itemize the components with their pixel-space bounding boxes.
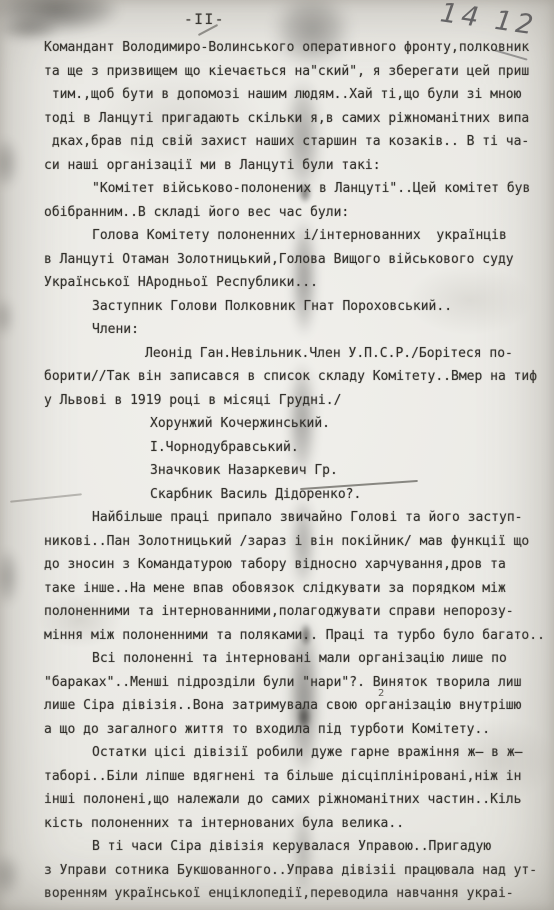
text-line: Голова Комітету полоненних і/інтернованн… bbox=[0, 224, 554, 248]
text-line: Заступник Голови Полковник Гнат Пороховс… bbox=[0, 295, 554, 319]
text-line: Члени: bbox=[0, 318, 554, 342]
text-line: "Комітет військово-полонених в Ланцуті".… bbox=[0, 177, 554, 201]
text-line: та ще з призвищем що кіечається на"ский"… bbox=[0, 60, 554, 84]
text-line: Української НАродньої Республики... bbox=[0, 271, 554, 295]
text-line: таке інше..На мене впав обовязок слідкув… bbox=[0, 577, 554, 601]
text-line: воренням української енціклопедії,перево… bbox=[0, 882, 554, 906]
scanned-document-page: 14 12 -II- 2 Командант Володимиро-Волинс… bbox=[0, 0, 554, 910]
text-line: борити//Так він записався в список склад… bbox=[0, 365, 554, 389]
text-line: міння між полоненними та поляками.. Прац… bbox=[0, 624, 554, 648]
text-line: си наші організації ми в Ланцуті були та… bbox=[0, 154, 554, 178]
page-number: -II- bbox=[184, 12, 225, 28]
text-line: до зносин з Командатурою табору відносно… bbox=[0, 553, 554, 577]
document-lines: Командант Володимиро-Волинського операти… bbox=[0, 36, 554, 906]
text-line: "бараках"..Менші підрозділи були "нари"?… bbox=[0, 671, 554, 695]
text-line: інші полонені,що належали до самих ріжно… bbox=[0, 788, 554, 812]
text-line: дках,брав під свій захист наших старшин … bbox=[0, 130, 554, 154]
text-line: В ті часи Сіра дівізія керувалася Управо… bbox=[0, 835, 554, 859]
text-line: з Управи сотника Букшованного..Управа ді… bbox=[0, 859, 554, 883]
text-line: в Ланцуті Отаман Золотницький,Голова Вищ… bbox=[0, 248, 554, 272]
text-line: лише Сіра дівізія..Вона затримувала свою… bbox=[0, 694, 554, 718]
text-line: Командант Володимиро-Волинського операти… bbox=[0, 36, 554, 60]
text-line: Леонід Ган.Невільник.Член У.П.С.Р./Боріт… bbox=[0, 342, 554, 366]
text-line: никові..Пан Золотницький /зараз і він по… bbox=[0, 530, 554, 554]
text-line: І.Чорнодубравський. bbox=[0, 436, 554, 460]
text-line: Всі полоненні та інтерновані мали органі… bbox=[0, 647, 554, 671]
text-line: кість полоненних та інтернованих була ве… bbox=[0, 812, 554, 836]
text-line: Хорунжий Кочержинський. bbox=[0, 412, 554, 436]
text-line: а що до загалного життя то входила під т… bbox=[0, 718, 554, 742]
text-line: тим.,щоб бути в допомозі нашим людям..Ха… bbox=[0, 83, 554, 107]
ink-smudge-corner bbox=[0, 0, 140, 40]
text-line: таборі..Біли ліпше вдягнені та більше ді… bbox=[0, 765, 554, 789]
text-line: Найбільше праці припало звичайно Голові … bbox=[0, 506, 554, 530]
text-line: Значковик Назаркевич Гр. bbox=[0, 459, 554, 483]
text-line: тоді в Ланцуті пригадають скільки я,в са… bbox=[0, 107, 554, 131]
text-line: у Львові в 1919 році в місяці Грудні./ bbox=[0, 389, 554, 413]
text-line: полоненними та інтернованними,полагоджув… bbox=[0, 600, 554, 624]
text-line: обібранним..В складі його вес час були: bbox=[0, 201, 554, 225]
text-line: Остатки цісі дівізії робили дуже гарне в… bbox=[0, 741, 554, 765]
text-line: Скарбник Василь Дідоренко?. bbox=[0, 483, 554, 507]
